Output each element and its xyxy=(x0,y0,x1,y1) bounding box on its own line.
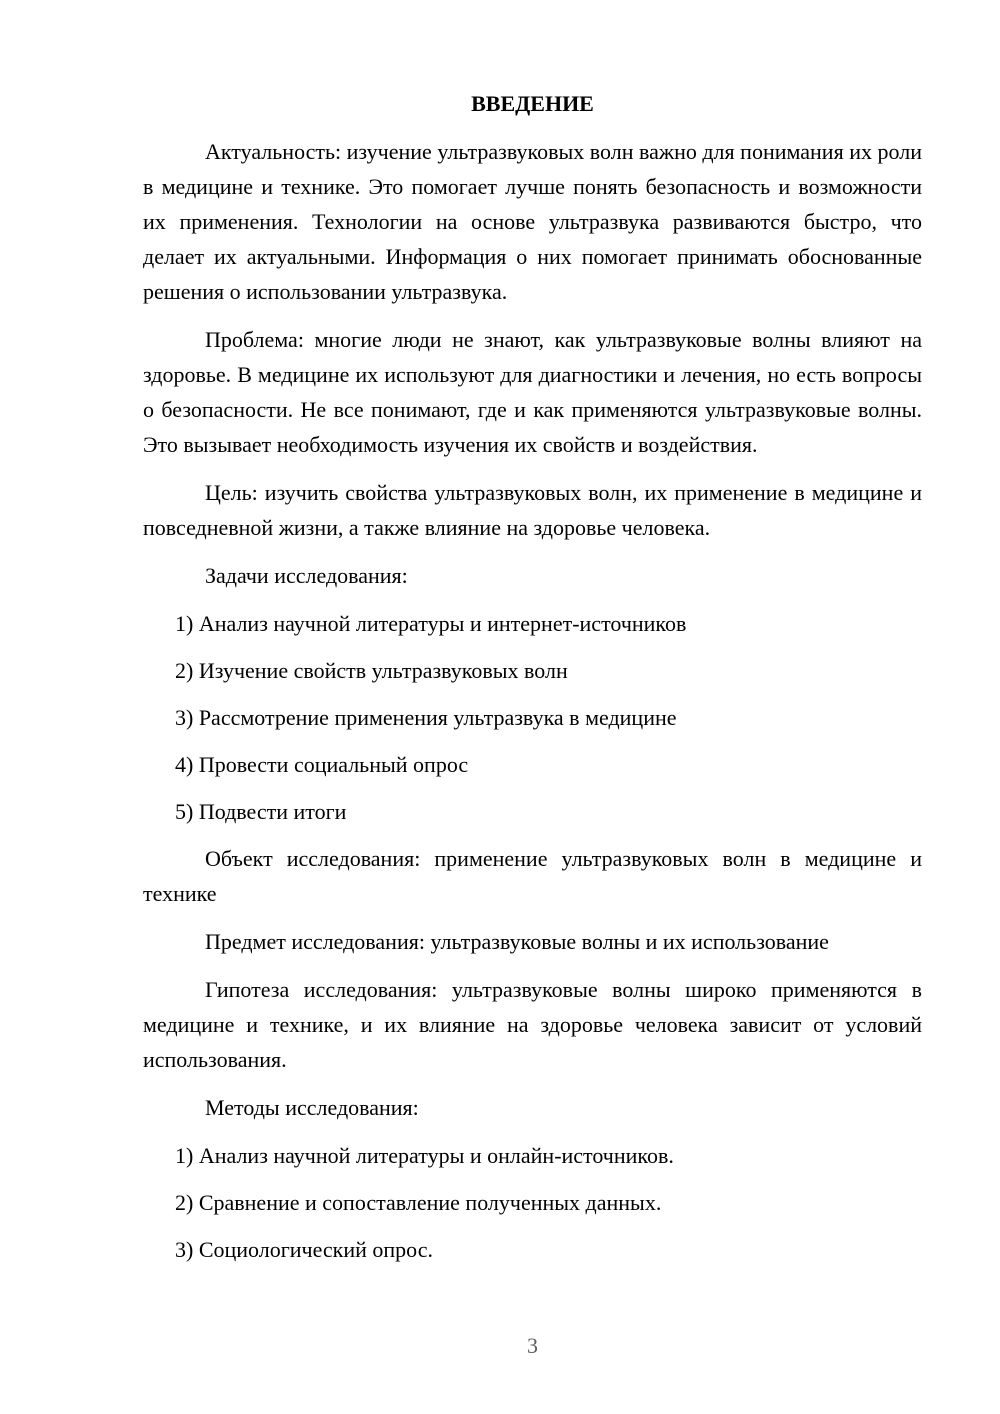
paragraph-goal: Цель: изучить свойства ультразвуковых во… xyxy=(143,475,922,545)
task-item-2: 2) Изучение свойств ультразвуковых волн xyxy=(175,653,922,688)
methods-heading: Методы исследования: xyxy=(143,1090,922,1125)
task-item-3: 3) Рассмотрение применения ультразвука в… xyxy=(175,700,922,735)
paragraph-relevance: Актуальность: изучение ультразвуковых во… xyxy=(143,134,922,309)
paragraph-object: Объект исследования: применение ультразв… xyxy=(143,841,922,911)
method-item-3: 3) Социологический опрос. xyxy=(175,1232,922,1267)
task-item-4: 4) Провести социальный опрос xyxy=(175,747,922,782)
document-page: ВВЕДЕНИЕ Актуальность: изучение ультразв… xyxy=(0,0,1000,1414)
page-number: 3 xyxy=(143,1328,922,1363)
paragraph-hypothesis: Гипотеза исследования: ультразвуковые во… xyxy=(143,972,922,1077)
paragraph-problem: Проблема: многие люди не знают, как ульт… xyxy=(143,322,922,462)
tasks-heading: Задачи исследования: xyxy=(143,558,922,593)
paragraph-subject: Предмет исследования: ультразвуковые вол… xyxy=(143,924,922,959)
page-title: ВВЕДЕНИЕ xyxy=(143,86,922,121)
task-item-1: 1) Анализ научной литературы и интернет-… xyxy=(175,606,922,641)
method-item-1: 1) Анализ научной литературы и онлайн-ис… xyxy=(175,1138,922,1173)
method-item-2: 2) Сравнение и сопоставление полученных … xyxy=(175,1185,922,1220)
task-item-5: 5) Подвести итоги xyxy=(175,794,922,829)
